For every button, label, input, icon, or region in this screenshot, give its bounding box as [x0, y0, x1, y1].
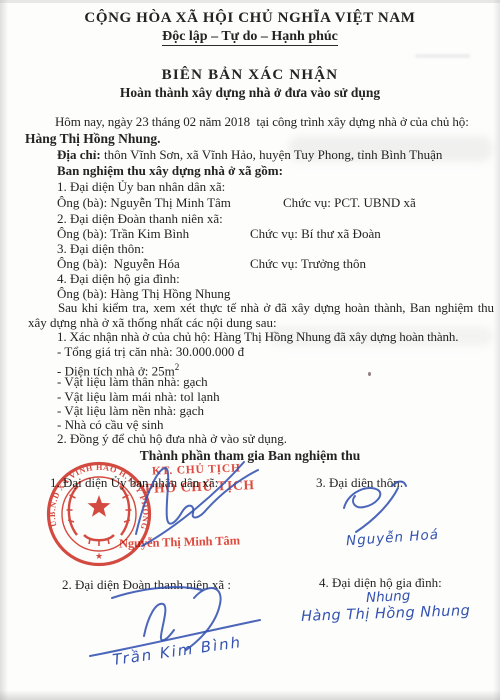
doc-title: BIÊN BẢN XÁC NHẬN: [0, 68, 500, 82]
detail-roof: - Vật liệu làm mái nhà: tol lạnh: [57, 390, 220, 404]
committee-position-1: Chức vụ: PCT. UBND xã: [283, 196, 416, 210]
ink-speck: [368, 372, 371, 376]
national-title: CỘNG HÒA XÃ HỘI CHỦ NGHĨA VIỆT NAM: [0, 11, 500, 25]
detail-wall: - Vật liệu làm thân nhà: gạch: [57, 375, 208, 389]
findings-line-2: xây dựng nhà ở xã thống nhất các nội dun…: [28, 316, 277, 330]
scan-streak: [415, 54, 470, 58]
scan-edge-right: [493, 0, 500, 700]
handwritten-name-4: Hàng Thị Hồng Nhung: [301, 603, 471, 625]
committee-position-2: Chức vụ: Bí thư xã Đoàn: [250, 227, 381, 241]
committee-role-3: 3. Đại diện thôn:: [57, 242, 144, 256]
scanned-document-page: CỘNG HÒA XÃ HỘI CHỦ NGHĨA VIỆT NAM Độc l…: [0, 0, 500, 700]
detail-total-value: - Tổng giá trị căn nhà: 30.000.000 đ: [57, 345, 244, 359]
committee-position-3: Chức vụ: Trưởng thôn: [250, 257, 366, 271]
doc-subtitle: Hoàn thành xây dựng nhà ở đưa vào sử dụn…: [0, 86, 500, 100]
scan-edge-bottom: [0, 690, 500, 700]
intro-line: Hôm nay, ngày 23 tháng 02 năm 2018 tại c…: [55, 115, 469, 129]
address-line: Địa chỉ: thôn Vĩnh Sơn, xã Vĩnh Hảo, huy…: [57, 148, 442, 162]
committee-heading: Ban nghiệm thu xây dựng nhà ở xã gồm:: [57, 164, 283, 178]
committee-person-1: Ông (bà): Nguyễn Thị Minh Tâm: [57, 196, 231, 210]
handwritten-signature-1: [118, 448, 268, 548]
motto-line: Độc lập – Tự do – Hạnh phúc: [0, 30, 500, 46]
committee-person-3: Ông (bà): Nguyễn Hóa: [57, 257, 180, 271]
scan-edge-top: [0, 0, 500, 3]
star-icon: ★: [95, 551, 103, 561]
findings-line-1: Sau khi kiểm tra, xem xét thực tế nhà ở …: [58, 301, 494, 315]
scan-edge-left: [0, 0, 8, 700]
owner-name: Hàng Thị Hồng Nhung.: [25, 132, 161, 146]
address-label: Địa chỉ:: [57, 147, 101, 162]
conclusion-item-1: 1. Xác nhận nhà ở của chủ hộ: Hàng Thị H…: [57, 330, 458, 344]
detail-floor: - Vật liệu làm nền nhà: gạch: [57, 404, 204, 418]
committee-role-1: 1. Đại diện Ủy ban nhân dân xã:: [57, 180, 225, 194]
detail-toilet: - Nhà có cầu vệ sinh: [57, 418, 164, 432]
committee-role-4: 4. Đại diện hộ gia đình:: [57, 272, 180, 286]
motto: Độc lập – Tự do – Hạnh phúc: [162, 30, 338, 46]
signature-label-4: 4. Đại diện hộ gia đình:: [319, 576, 442, 590]
detail-area-superscript: 2: [175, 362, 180, 372]
committee-person-4: Ông (bà): Hàng Thị Hồng Nhung: [57, 287, 230, 301]
address-value: thôn Vĩnh Sơn, xã Vĩnh Hảo, huyện Tuy Ph…: [101, 147, 443, 162]
committee-person-2: Ông (bà): Trần Kim Bình: [57, 227, 189, 241]
conclusion-item-2: 2. Đồng ý để chủ hộ đưa nhà ở vào sử dụn…: [57, 432, 287, 446]
handwritten-note-4: Nhung: [366, 588, 411, 606]
committee-role-2: 2. Đại diện Đoàn thanh niên xã:: [57, 212, 223, 226]
